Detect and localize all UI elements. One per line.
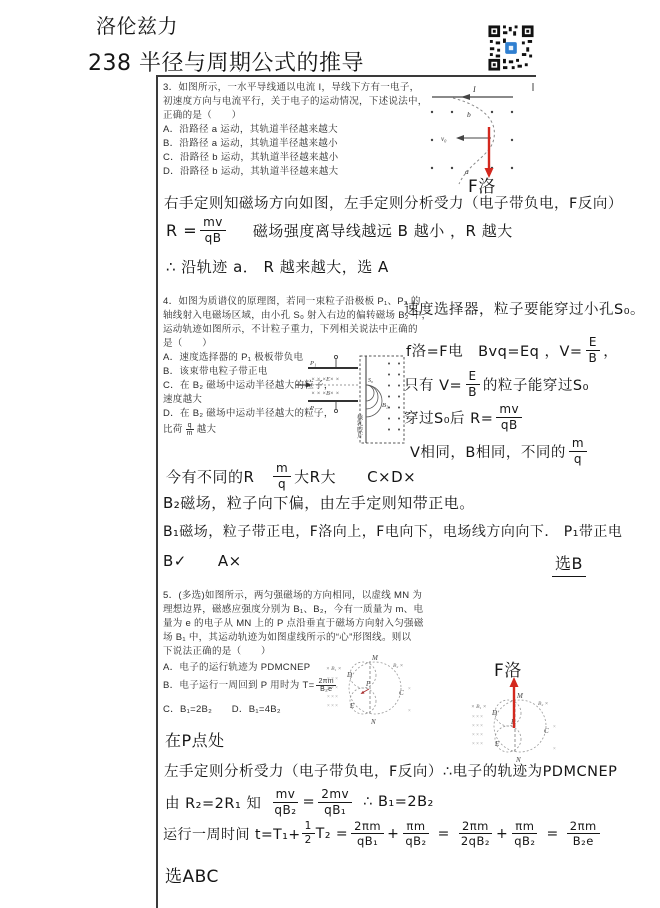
note-text: 穿过S₀后 R=	[404, 407, 493, 428]
field-crosses: × × ×	[472, 715, 483, 720]
note-text: 大R大 C×D×	[294, 466, 416, 487]
top-terminal	[334, 355, 337, 358]
q4-note-line7: B₂磁场，粒子向下偏，由左手定则知带正电。	[163, 492, 475, 513]
note-text: V相同，B相同，不同的	[410, 441, 566, 462]
fraction-denominator: qB₂	[271, 803, 299, 817]
velocity-label: v₀	[441, 135, 447, 143]
q3-note-line2: R = mv qB 磁场强度离导线越远 B 越小 ，R 越大	[166, 216, 513, 244]
question-line: 轴线射入电磁场区域，由小孔 S₀ 射入右边的偏转磁场 B₂ 中，	[163, 309, 431, 323]
bottom-terminal	[334, 409, 337, 412]
fraction-denominator: qB₂	[511, 834, 538, 847]
formula-fraction: mv qB	[496, 403, 522, 431]
point-c: C	[399, 689, 404, 697]
formula-fraction: 2πm 2qB₂	[458, 820, 493, 847]
fraction-numerator: mv	[200, 216, 226, 231]
fraction-denominator: B	[586, 351, 601, 365]
current-arrow-icon	[461, 94, 470, 100]
q3-note-line3: ∴ 沿轨迹 a． R 越来越大，选 A	[166, 256, 389, 277]
q4-answer: 选B	[552, 551, 586, 577]
content-top-border	[156, 75, 536, 77]
q5-note-line3: 由 R₂=2R₁ 知 mv qB₂ = 2mv qB₁ ∴ B₁=2B₂	[165, 788, 434, 816]
q5-option-b: B．电子运行一周回到 P 用时为 T= 2πm B₂e	[163, 678, 338, 694]
fraction-numerator: 2mv	[318, 788, 352, 803]
formula-fraction: 2mv qB₁	[318, 788, 352, 816]
q5-note-line2: 左手定则分析受力（电子带负电，F反向）∴电子的轨迹为PDMCNEP	[164, 760, 617, 781]
note-text: f洛=F电 Bvq=Eq ，V=	[406, 340, 583, 361]
q4-note-line3: 只有 V= E B 的粒子能穿过S₀	[404, 370, 589, 398]
fraction-denominator: qB	[498, 418, 521, 432]
fraction-numerator: 2πm	[567, 820, 600, 834]
note-text: T₂ =	[316, 826, 348, 842]
fraction-numerator: E	[466, 370, 480, 385]
option-a: A．沿路径 a 运动，其轨道半径越来越大	[163, 123, 428, 137]
fraction-numerator: E	[586, 336, 600, 351]
point-p: P	[365, 680, 371, 688]
fraction-numerator: πm	[403, 820, 428, 834]
fraction-denominator: 2qB₂	[458, 834, 493, 847]
fraction-numerator: 2πm	[459, 820, 492, 834]
fraction-denominator: qB₁	[321, 803, 349, 817]
question-3-text: 3．如图所示，一水平导线通以电流 I，导线下方有一电子， 初速度方向与电流平行，…	[163, 81, 428, 179]
note-text: ，	[603, 340, 618, 361]
point-e: E	[494, 740, 500, 748]
question-line: 场 B₁ 中，其运动轨迹为如图虚线所示的“心”形图线。则以	[163, 631, 424, 645]
b2-label: B₂ ×	[393, 663, 404, 669]
q3-note-line1: 右手定则知磁场方向如图，左手定则分析受力（电子带负电，F反向）	[164, 192, 623, 213]
question-line: 理想边界，磁感应强度分别为 B₁、B₂，今有一质量为 m、电	[163, 603, 424, 617]
point-c: C	[544, 727, 549, 735]
fraction-denominator: qB	[202, 231, 225, 245]
q3-note-line2-text: 磁场强度离导线越远 B 越小 ，R 越大	[253, 220, 513, 241]
charge-mass-ratio-fraction: q m	[185, 422, 195, 438]
formula-fraction: πm qB₂	[402, 820, 429, 847]
fraction-denominator: B	[465, 385, 480, 399]
note-text: 只有 V=	[404, 374, 462, 395]
point-d: D	[346, 671, 352, 679]
formula-fraction: 1 2	[302, 821, 315, 846]
fraction-denominator: qB₂	[402, 834, 429, 847]
question-line: 是（ ）	[163, 337, 431, 351]
b-field-row: × × ×B× ×	[311, 391, 339, 397]
r-equals: R =	[166, 221, 197, 240]
field-crosses: × × ×	[472, 742, 483, 747]
qr-code	[487, 24, 535, 72]
formula-fraction: 2πm qB₁	[351, 820, 384, 847]
formula-fraction: πm qB₂	[511, 820, 538, 847]
question-line: 4．如图为质谱仪的原理图，若同一束粒子沿极板 P₁、P₂ 的	[163, 295, 431, 309]
question-line: 运动轨迹如图所示，不计粒子重力，下列相关说法中正确的	[163, 323, 431, 337]
field-crosses: × × ×	[327, 704, 338, 709]
q5-answer: 选ABC	[165, 862, 219, 887]
fraction-numerator: m	[273, 462, 291, 477]
fraction-denominator: m	[185, 430, 195, 437]
field-crosses: × × ×	[472, 733, 483, 738]
fraction-numerator: 1	[302, 821, 315, 834]
q5-diagram: × × × × × × × × × × × × × × × B₁ × B₂ × …	[325, 652, 415, 727]
fraction-numerator: mv	[496, 403, 522, 418]
field-crosses: × × ×	[472, 724, 483, 729]
field-cross: ×	[553, 725, 556, 730]
b2-label: B₂ ×	[538, 701, 549, 707]
film-label: 核乳胶片	[356, 413, 363, 440]
q5-force-label: F洛	[494, 656, 522, 681]
equals-sign: =	[438, 826, 450, 842]
fraction-denominator: 2	[302, 834, 315, 846]
question-line: 3．如图所示，一水平导线通以电流 I，导线下方有一电子，	[163, 81, 428, 95]
field-cross: ×	[408, 687, 411, 692]
option-b: B．沿路径 a 运动，其轨道半径越来越小	[163, 137, 428, 151]
b1-label: × B₁ ×	[326, 666, 342, 672]
margin-divider	[156, 75, 158, 908]
field-crosses: × × ×	[327, 677, 338, 682]
q4-note-line5: V相同，B相同，不同的 m q	[410, 437, 590, 465]
path-b-label: b	[467, 110, 471, 119]
fraction-numerator: q	[186, 422, 194, 430]
fraction-numerator: πm	[512, 820, 537, 834]
plus-sign: +	[496, 826, 508, 842]
q4-note-line2: f洛=F电 Bvq=Eq ，V= E B ，	[406, 336, 618, 364]
point-d: D	[491, 709, 497, 717]
fraction-numerator: mv	[273, 788, 299, 803]
fraction-denominator: B₂e	[570, 834, 597, 847]
q4-note-line8: B₁磁场，粒子带正电，F洛向上，F电向下，电场线方向向下． P₁带正电	[163, 521, 622, 541]
velocity-arrowhead-icon	[456, 135, 464, 141]
page-title: 洛伦兹力	[96, 10, 178, 39]
note-text: 由 R₂=2R₁ 知	[165, 792, 261, 813]
formula-fraction: m q	[273, 462, 291, 490]
d-suffix: 越大	[197, 423, 217, 437]
d-prefix: 比荷	[163, 423, 183, 437]
note-text: 运行一周时间 t=T₁+	[163, 824, 301, 844]
q4-note-line1: 速度选择器，粒子要能穿过小孔S₀。	[404, 298, 645, 319]
formula-fraction: m q	[569, 437, 587, 465]
small-trajectory-circle	[350, 662, 376, 688]
field-crosses: × × ×	[327, 686, 338, 691]
field-cross: ×	[553, 747, 556, 752]
question-line: 正确的是（ ）	[163, 109, 428, 123]
p2-label: P₂	[309, 405, 317, 412]
note-text: ∴ B₁=2B₂	[363, 794, 434, 810]
equals-sign: =	[547, 826, 559, 842]
equals-sign: =	[303, 794, 316, 810]
e-field-row: × × ×E× ×	[311, 377, 339, 383]
question-line: 初速度方向与电流平行，关于电子的运动情况，下述说法中，	[163, 95, 428, 109]
q5-options-cd: C．B₁=2B₂ D．B₁=4B₂	[163, 703, 281, 717]
note-text: 今有不同的R	[166, 466, 270, 487]
p1-label: P₁	[309, 360, 316, 367]
fraction-denominator: q	[275, 477, 289, 491]
option-d: D．沿路径 b 运动，其轨道半径越来越大	[163, 165, 428, 179]
formula-fraction: E B	[586, 336, 601, 364]
notes-page: 洛伦兹力 238 半径与周期公式的推导 3．如图所示，一水平导线通以电流 I，导…	[0, 0, 660, 908]
fraction-denominator: q	[571, 452, 585, 466]
q5-force-arrow	[505, 676, 523, 730]
fraction-denominator: qB₁	[354, 834, 381, 847]
fraction-numerator: m	[569, 437, 587, 452]
formula-fraction: mv qB₂	[271, 788, 299, 816]
option-b-text: B．电子运行一周回到 P 用时为 T=	[163, 679, 314, 693]
point-m: M	[371, 654, 379, 662]
q4-note-line9: B✓ A×	[163, 550, 242, 571]
formula-fraction: mv qB	[200, 216, 226, 244]
q5-note-line4: 运行一周时间 t=T₁+ 1 2 T₂ = 2πm qB₁ + πm qB₂ =…	[163, 820, 603, 847]
note-text: 的粒子能穿过S₀	[483, 374, 589, 395]
point-n: N	[370, 718, 376, 726]
question-line: 量为 e 的电子从 MN 上的 P 点沿垂直于磁场方向射入匀强磁	[163, 617, 424, 631]
page-subtitle: 238 半径与周期公式的推导	[88, 46, 364, 77]
formula-fraction: 2πm B₂e	[567, 820, 600, 847]
beam-arrowhead-icon	[306, 383, 312, 388]
current-label: I	[472, 85, 476, 94]
field-crosses: × × ×	[327, 695, 338, 700]
q4-note-line6: 今有不同的R m q 大R大 C×D×	[166, 462, 416, 490]
point-e: E	[349, 702, 355, 710]
fraction-numerator: 2πm	[351, 820, 384, 834]
q5-note-line1: 在P点处	[165, 728, 225, 751]
formula-fraction: E B	[465, 370, 480, 398]
plus-sign: +	[387, 826, 399, 842]
s0-label: S₀	[368, 378, 373, 384]
q4-option-d-cont: 比荷 q m 越大	[163, 422, 216, 438]
field-cross: ×	[408, 709, 411, 714]
q4-note-line4: 穿过S₀后 R= mv qB	[404, 403, 525, 431]
question-line: 5．(多选)如图所示，两匀强磁场的方向相同，以虚线 MN 为	[163, 589, 424, 603]
option-c: C．沿路径 b 运动，其轨道半径越来越小	[163, 151, 428, 165]
b1-label: × B₁ ×	[471, 704, 487, 710]
